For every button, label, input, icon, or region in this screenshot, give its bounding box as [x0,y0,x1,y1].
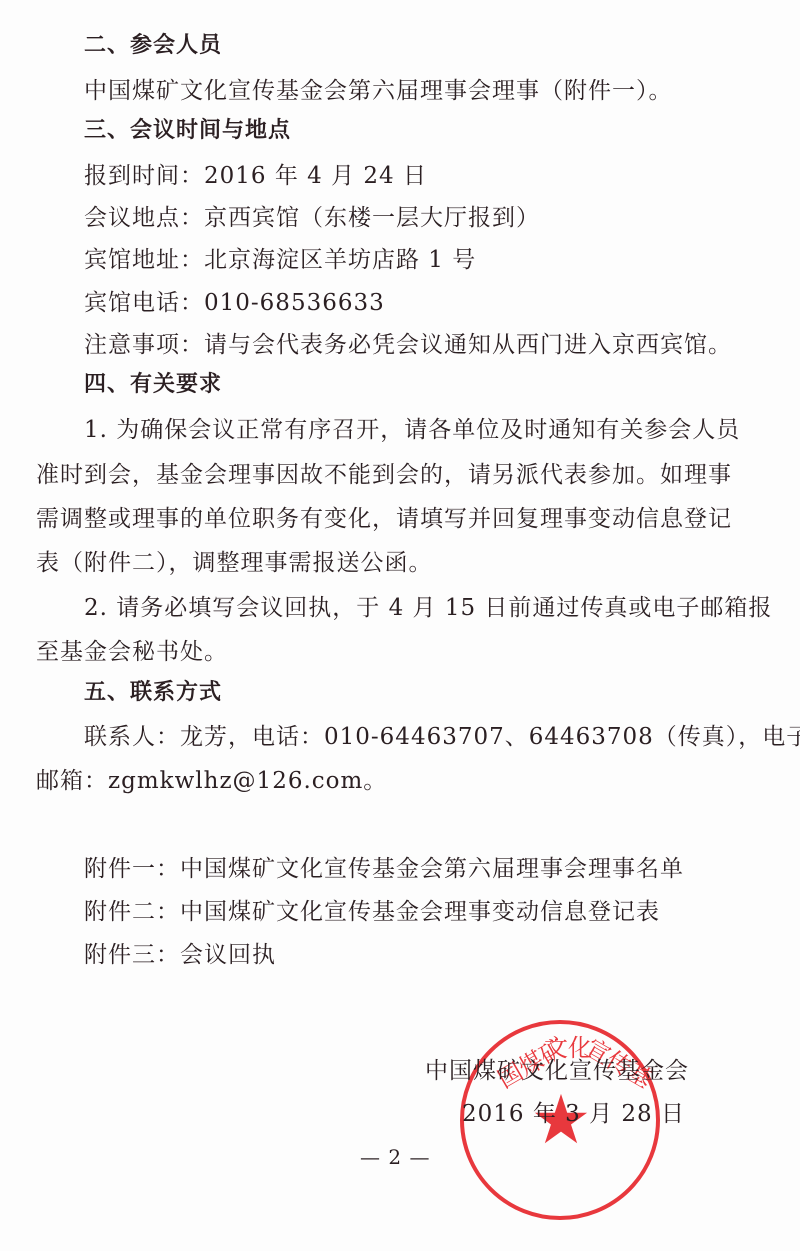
hotel-address: 宾馆地址：北京海淀区羊坊店路 1 号 [84,241,476,274]
attendees-text: 中国煤矿文化宣传基金会第六届理事会理事（附件一）。 [84,72,673,105]
section-heading-contact: 五、联系方式 [84,675,222,706]
attachment-1: 附件一：中国煤矿文化宣传基金会第六届理事会理事名单 [84,850,684,883]
contact-line: 联系人：龙芳，电话：010-64463707、64463708（传真），电子 [84,718,800,751]
requirement-1-line: 1. 为确保会议正常有序召开，请各单位及时通知有关参会人员 [84,411,740,444]
section-heading-time-place: 三、会议时间与地点 [84,113,291,144]
section-heading-attendees: 二、参会人员 [84,28,222,59]
venue: 会议地点：京西宾馆（东楼一层大厅报到） [84,199,540,232]
requirement-1-line: 需调整或理事的单位职务有变化，请填写并回复理事变动信息登记 [36,500,732,533]
requirement-1-line: 准时到会，基金会理事因故不能到会的，请另派代表参加。如理事 [36,456,732,489]
page-number: — 2 — [360,1145,430,1169]
section-heading-requirements: 四、有关要求 [84,367,222,398]
requirement-2-line: 2. 请务必填写会议回执，于 4 月 15 日前通过传真或电子邮箱报 [84,589,772,622]
email-line: 邮箱：zgmkwlhz@126.com。 [36,762,387,795]
notes: 注意事项：请与会代表务必凭会议通知从西门进入京西宾馆。 [84,326,732,359]
requirement-1-line: 表（附件二），调整理事需报送公函。 [36,544,433,577]
attachment-2: 附件二：中国煤矿文化宣传基金会理事变动信息登记表 [84,893,660,926]
signature-org: 中国煤矿文化宣传基金会 [425,1052,689,1085]
checkin-time: 报到时间：2016 年 4 月 24 日 [84,157,427,190]
hotel-phone: 宾馆电话：010-68536633 [84,284,385,317]
signature-date: 2016 年 3 月 28 日 [462,1095,685,1128]
attachment-3: 附件三：会议回执 [84,936,276,969]
requirement-2-line: 至基金会秘书处。 [36,633,228,666]
